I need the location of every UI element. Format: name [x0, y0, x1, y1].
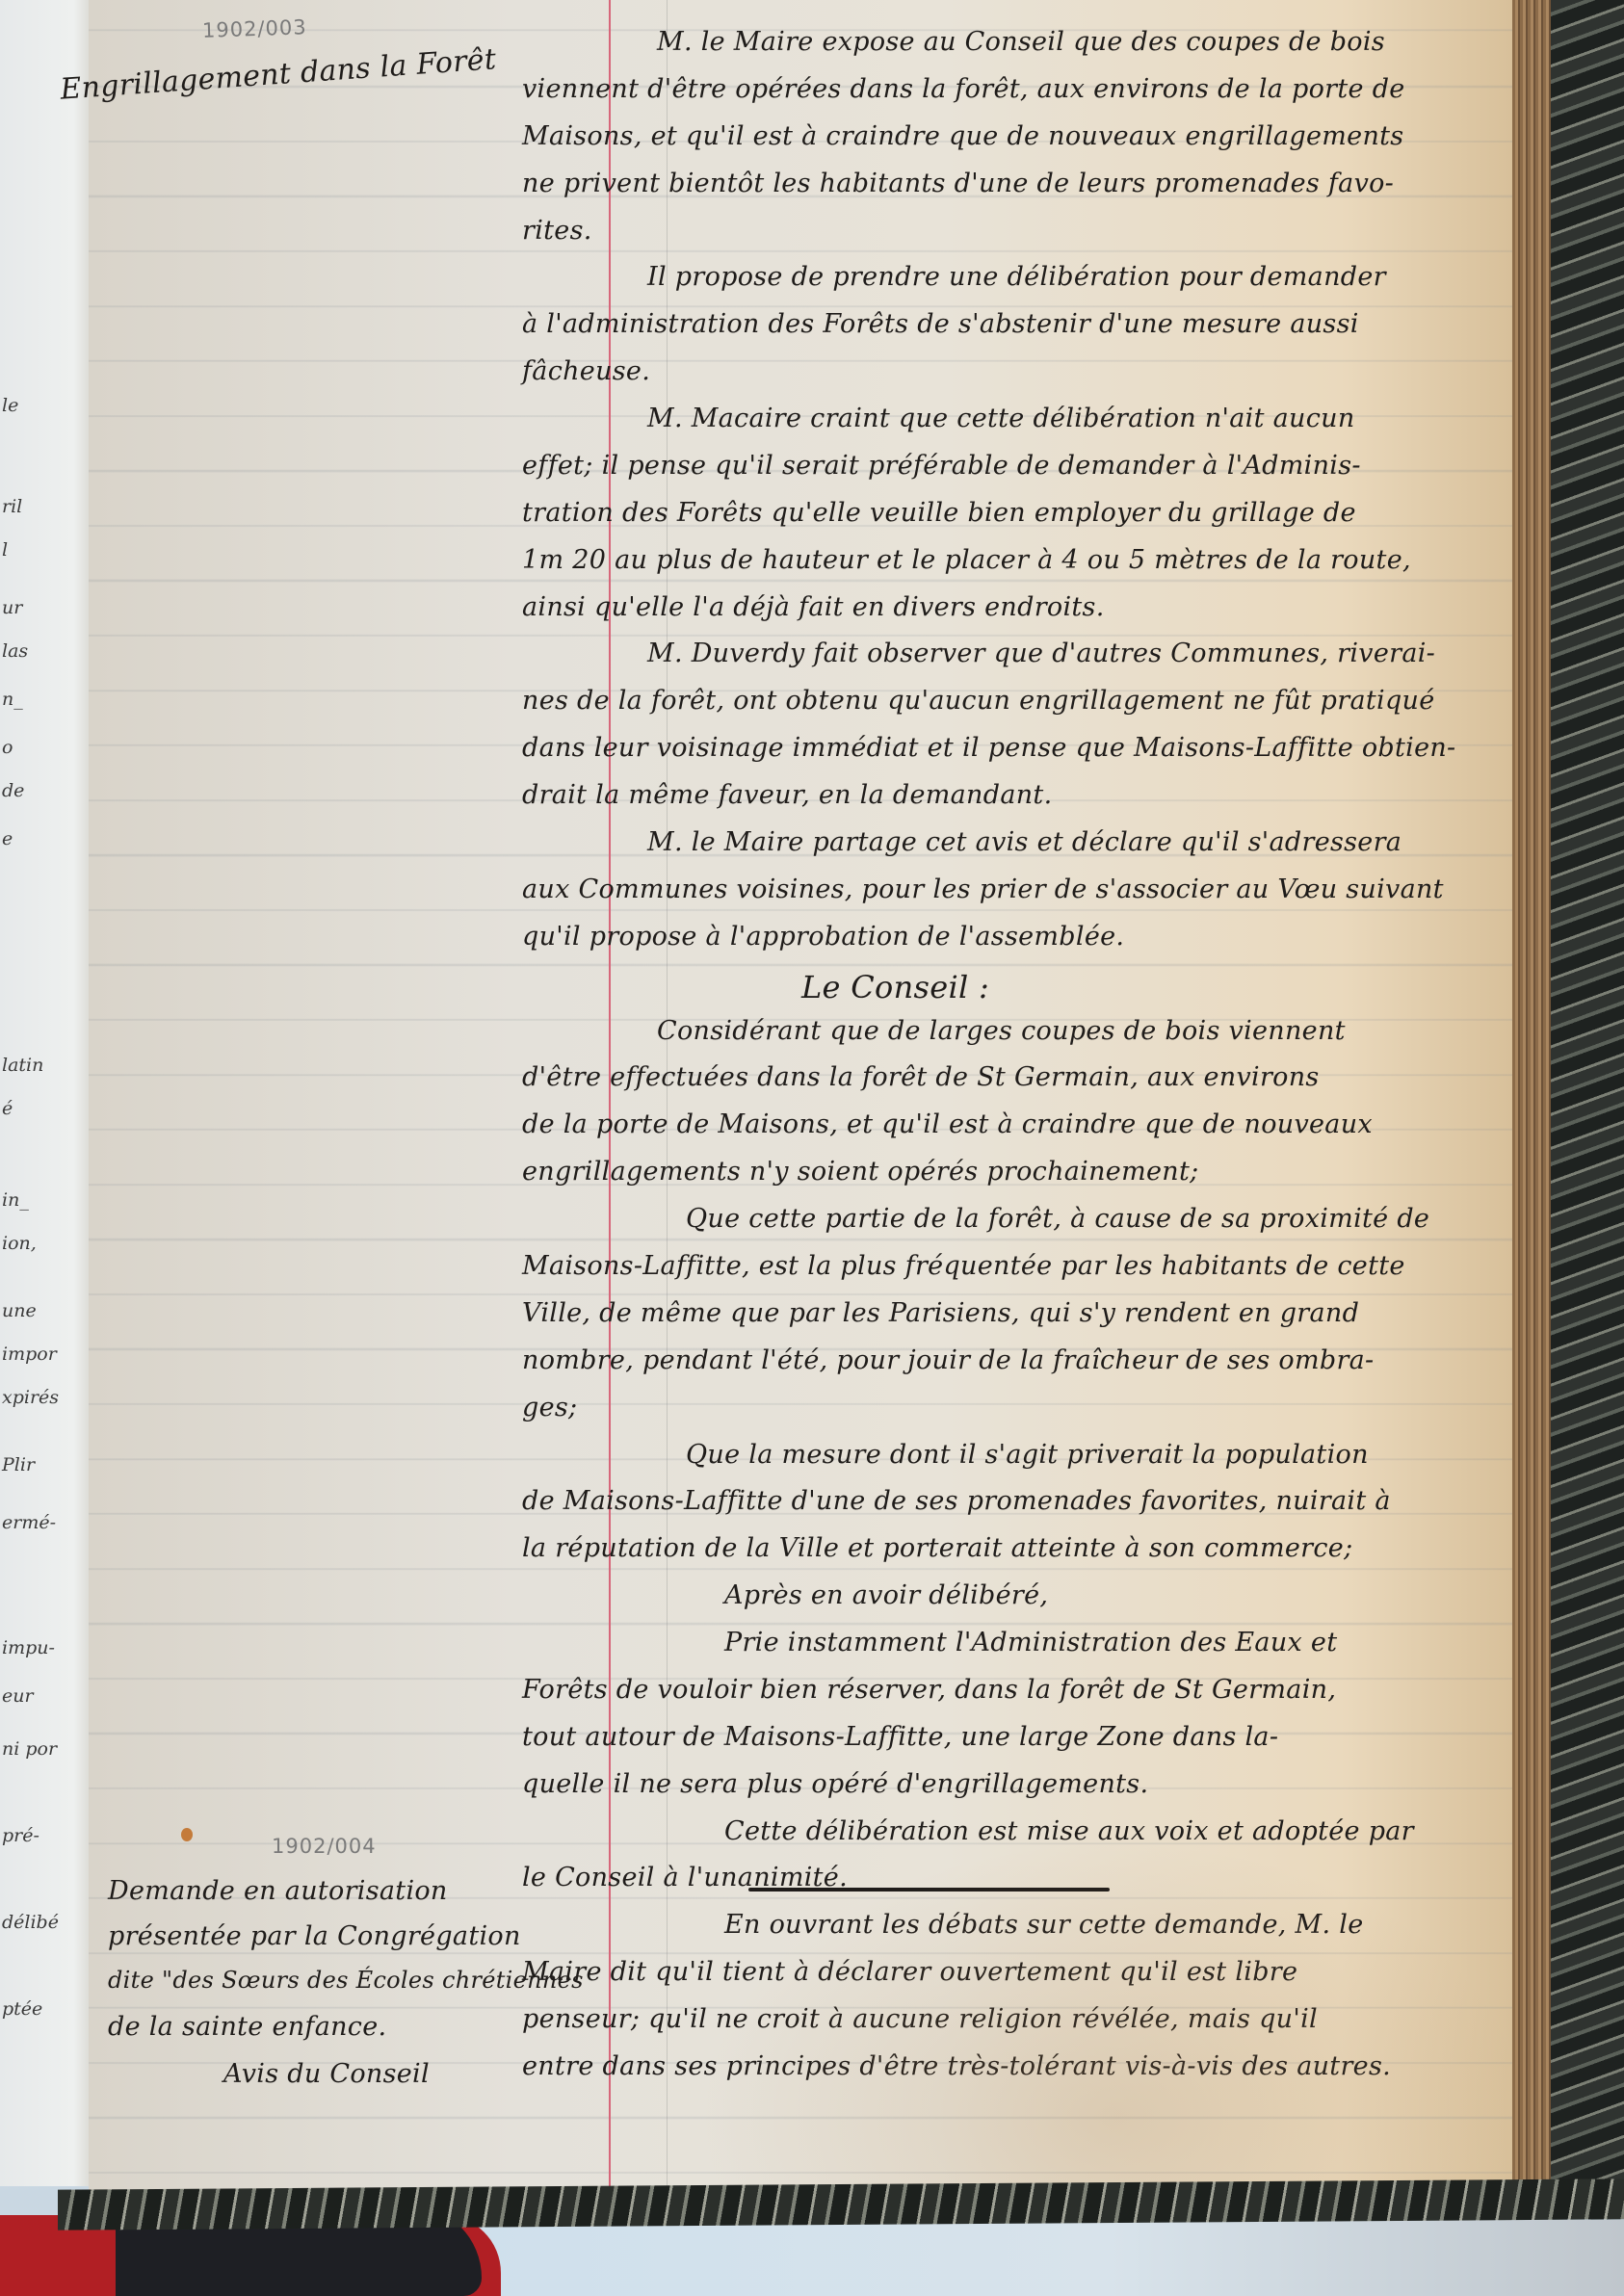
- body-line: Maire dit qu'il tient à déclarer ouverte…: [522, 1957, 1297, 1987]
- body-line: M. le Maire partage cet avis et déclare …: [647, 827, 1401, 857]
- body-line: nes de la forêt, ont obtenu qu'aucun eng…: [522, 686, 1435, 716]
- margin-heading-2-line-2: présentée par la Congrégation: [108, 1921, 521, 1951]
- margin-heading-2-line-4: de la sainte enfance.: [108, 2012, 386, 2042]
- body-line: tration des Forêts qu'elle veuille bien …: [522, 498, 1356, 528]
- body-line: En ouvrant les débats sur cette demande,…: [724, 1910, 1364, 1940]
- body-line: quelle il ne sera plus opéré d'engrillag…: [522, 1769, 1148, 1799]
- body-line: la réputation de la Ville et porterait a…: [522, 1533, 1352, 1563]
- previous-page-fragment: une: [2, 1300, 37, 1321]
- body-line: de Maisons-Laffitte d'une de ses promena…: [522, 1486, 1391, 1516]
- body-line: M. Macaire craint que cette délibération…: [647, 404, 1355, 433]
- body-line: Après en avoir délibéré,: [724, 1580, 1048, 1610]
- body-line: de la porte de Maisons, et qu'il est à c…: [522, 1109, 1373, 1139]
- register-page: 1902/003 Engrillagement dans la Forêt 19…: [89, 0, 1514, 2198]
- previous-page-fragment: impor: [2, 1344, 57, 1365]
- body-line: aux Communes voisines, pour les prier de…: [522, 874, 1444, 904]
- margin-heading-2-line-1: Demande en autorisation: [108, 1876, 448, 1906]
- section-heading: Le Conseil :: [801, 969, 989, 1005]
- body-line: Que cette partie de la forêt, à cause de…: [686, 1204, 1429, 1234]
- body-line: ne privent bientôt les habitants d'une d…: [522, 169, 1394, 198]
- ink-spot: [181, 1828, 193, 1841]
- body-line: ges;: [522, 1393, 577, 1422]
- previous-page-fragment: ermé-: [2, 1512, 56, 1533]
- body-line: tout autour de Maisons-Laffitte, une lar…: [522, 1722, 1278, 1752]
- body-line: le Conseil à l'unanimité.: [522, 1863, 848, 1892]
- previous-page-fragment: e: [2, 828, 13, 849]
- body-line: M. le Maire expose au Conseil que des co…: [657, 27, 1385, 57]
- section-separator: [748, 1888, 1110, 1892]
- body-line: Maisons, et qu'il est à craindre que de …: [522, 121, 1403, 151]
- body-line: Que la mesure dont il s'agit priverait l…: [686, 1440, 1369, 1470]
- previous-page-fragment: n_: [2, 689, 23, 710]
- blue-paper-sheets: [482, 2220, 1624, 2296]
- body-line: Considérant que de larges coupes de bois…: [657, 1016, 1346, 1046]
- body-line: 1m 20 au plus de hauteur et le placer à …: [522, 545, 1411, 575]
- margin-heading-1: Engrillagement dans la Forêt: [59, 42, 497, 107]
- previous-page-fragment: ion,: [2, 1233, 37, 1254]
- previous-page-fragment: le: [2, 395, 18, 416]
- previous-page-edge: lerillurlasn_odeelatinéin_ion,uneimporxp…: [0, 0, 92, 2186]
- page-edges: [1512, 0, 1551, 2205]
- body-line: dans leur voisinage immédiat et il pense…: [522, 733, 1455, 763]
- body-line: d'être effectuées dans la forêt de St Ge…: [522, 1062, 1320, 1092]
- margin-reference-1: 1902/003: [202, 15, 307, 42]
- body-line: effet; il pense qu'il serait préférable …: [522, 451, 1361, 481]
- body-line: M. Duverdy fait observer que d'autres Co…: [647, 639, 1435, 668]
- body-line: fâcheuse.: [522, 356, 650, 386]
- body-line: engrillagements n'y soient opérés procha…: [522, 1157, 1199, 1187]
- previous-page-fragment: o: [2, 737, 13, 758]
- previous-page-fragment: las: [2, 640, 28, 662]
- previous-page-fragment: é: [2, 1098, 13, 1119]
- previous-page-fragment: latin: [2, 1055, 43, 1076]
- body-line: rites.: [522, 216, 592, 246]
- previous-page-fragment: ptée: [2, 1998, 42, 2020]
- previous-page-fragment: Plir: [2, 1454, 35, 1475]
- body-line: Forêts de vouloir bien réserver, dans la…: [522, 1675, 1336, 1705]
- body-line: viennent d'être opérées dans la forêt, a…: [522, 74, 1405, 104]
- previous-page-fragment: ni por: [2, 1738, 57, 1760]
- body-line: Il propose de prendre une délibération p…: [647, 262, 1386, 292]
- previous-page-fragment: pré-: [2, 1825, 39, 1846]
- previous-page-fragment: in_: [2, 1189, 29, 1211]
- body-line: entre dans ses principes d'être très-tol…: [522, 2051, 1391, 2081]
- margin-reference-2: 1902/004: [272, 1835, 377, 1858]
- previous-page-fragment: ur: [2, 597, 22, 618]
- body-line: Maisons-Laffitte, est la plus fréquentée…: [522, 1251, 1405, 1281]
- body-line: ainsi qu'elle l'a déjà fait en divers en…: [522, 592, 1105, 622]
- margin-heading-2-line-3: dite "des Sœurs des Écoles chrétiennes: [108, 1967, 584, 1994]
- previous-page-fragment: impu-: [2, 1637, 55, 1658]
- previous-page-fragment: de: [2, 780, 24, 801]
- previous-page-fragment: ril: [2, 496, 22, 517]
- body-line: nombre, pendant l'été, pour jouir de la …: [522, 1345, 1374, 1375]
- previous-page-fragment: délibé: [2, 1912, 59, 1933]
- previous-page-fragment: xpirés: [2, 1387, 59, 1408]
- body-line: qu'il propose à l'approbation de l'assem…: [522, 922, 1124, 952]
- body-line: Cette délibération est mise aux voix et …: [724, 1816, 1414, 1846]
- margin-heading-2-line-5: Avis du Conseil: [223, 2059, 430, 2089]
- body-line: à l'administration des Forêts de s'abste…: [522, 309, 1359, 339]
- body-line: drait la même faveur, en la demandant.: [522, 780, 1052, 810]
- body-line: Prie instamment l'Administration des Eau…: [724, 1628, 1337, 1657]
- previous-page-fragment: eur: [2, 1685, 34, 1707]
- body-line: Ville, de même que par les Parisiens, qu…: [522, 1298, 1359, 1328]
- marbled-cover-right: [1551, 0, 1624, 2215]
- body-line: penseur; qu'il ne croit à aucune religio…: [522, 2004, 1318, 2034]
- previous-page-fragment: l: [2, 539, 8, 561]
